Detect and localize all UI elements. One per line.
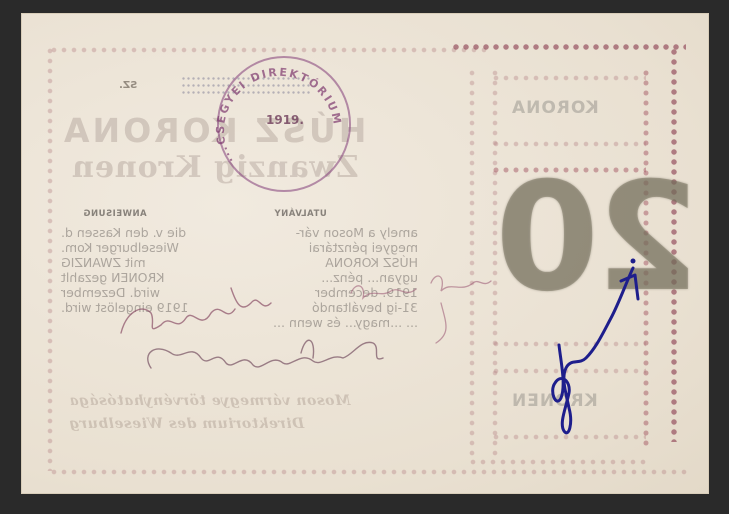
right-signature: [351, 276, 491, 343]
middle-signature: [148, 340, 383, 368]
signatures: [21, 13, 709, 494]
blue-signature: [553, 259, 638, 433]
left-signature: [121, 288, 271, 333]
banknote-scan: SZ. HÚSZ KORONA Zwanzig Kronen ANWEISUNG…: [21, 13, 709, 494]
